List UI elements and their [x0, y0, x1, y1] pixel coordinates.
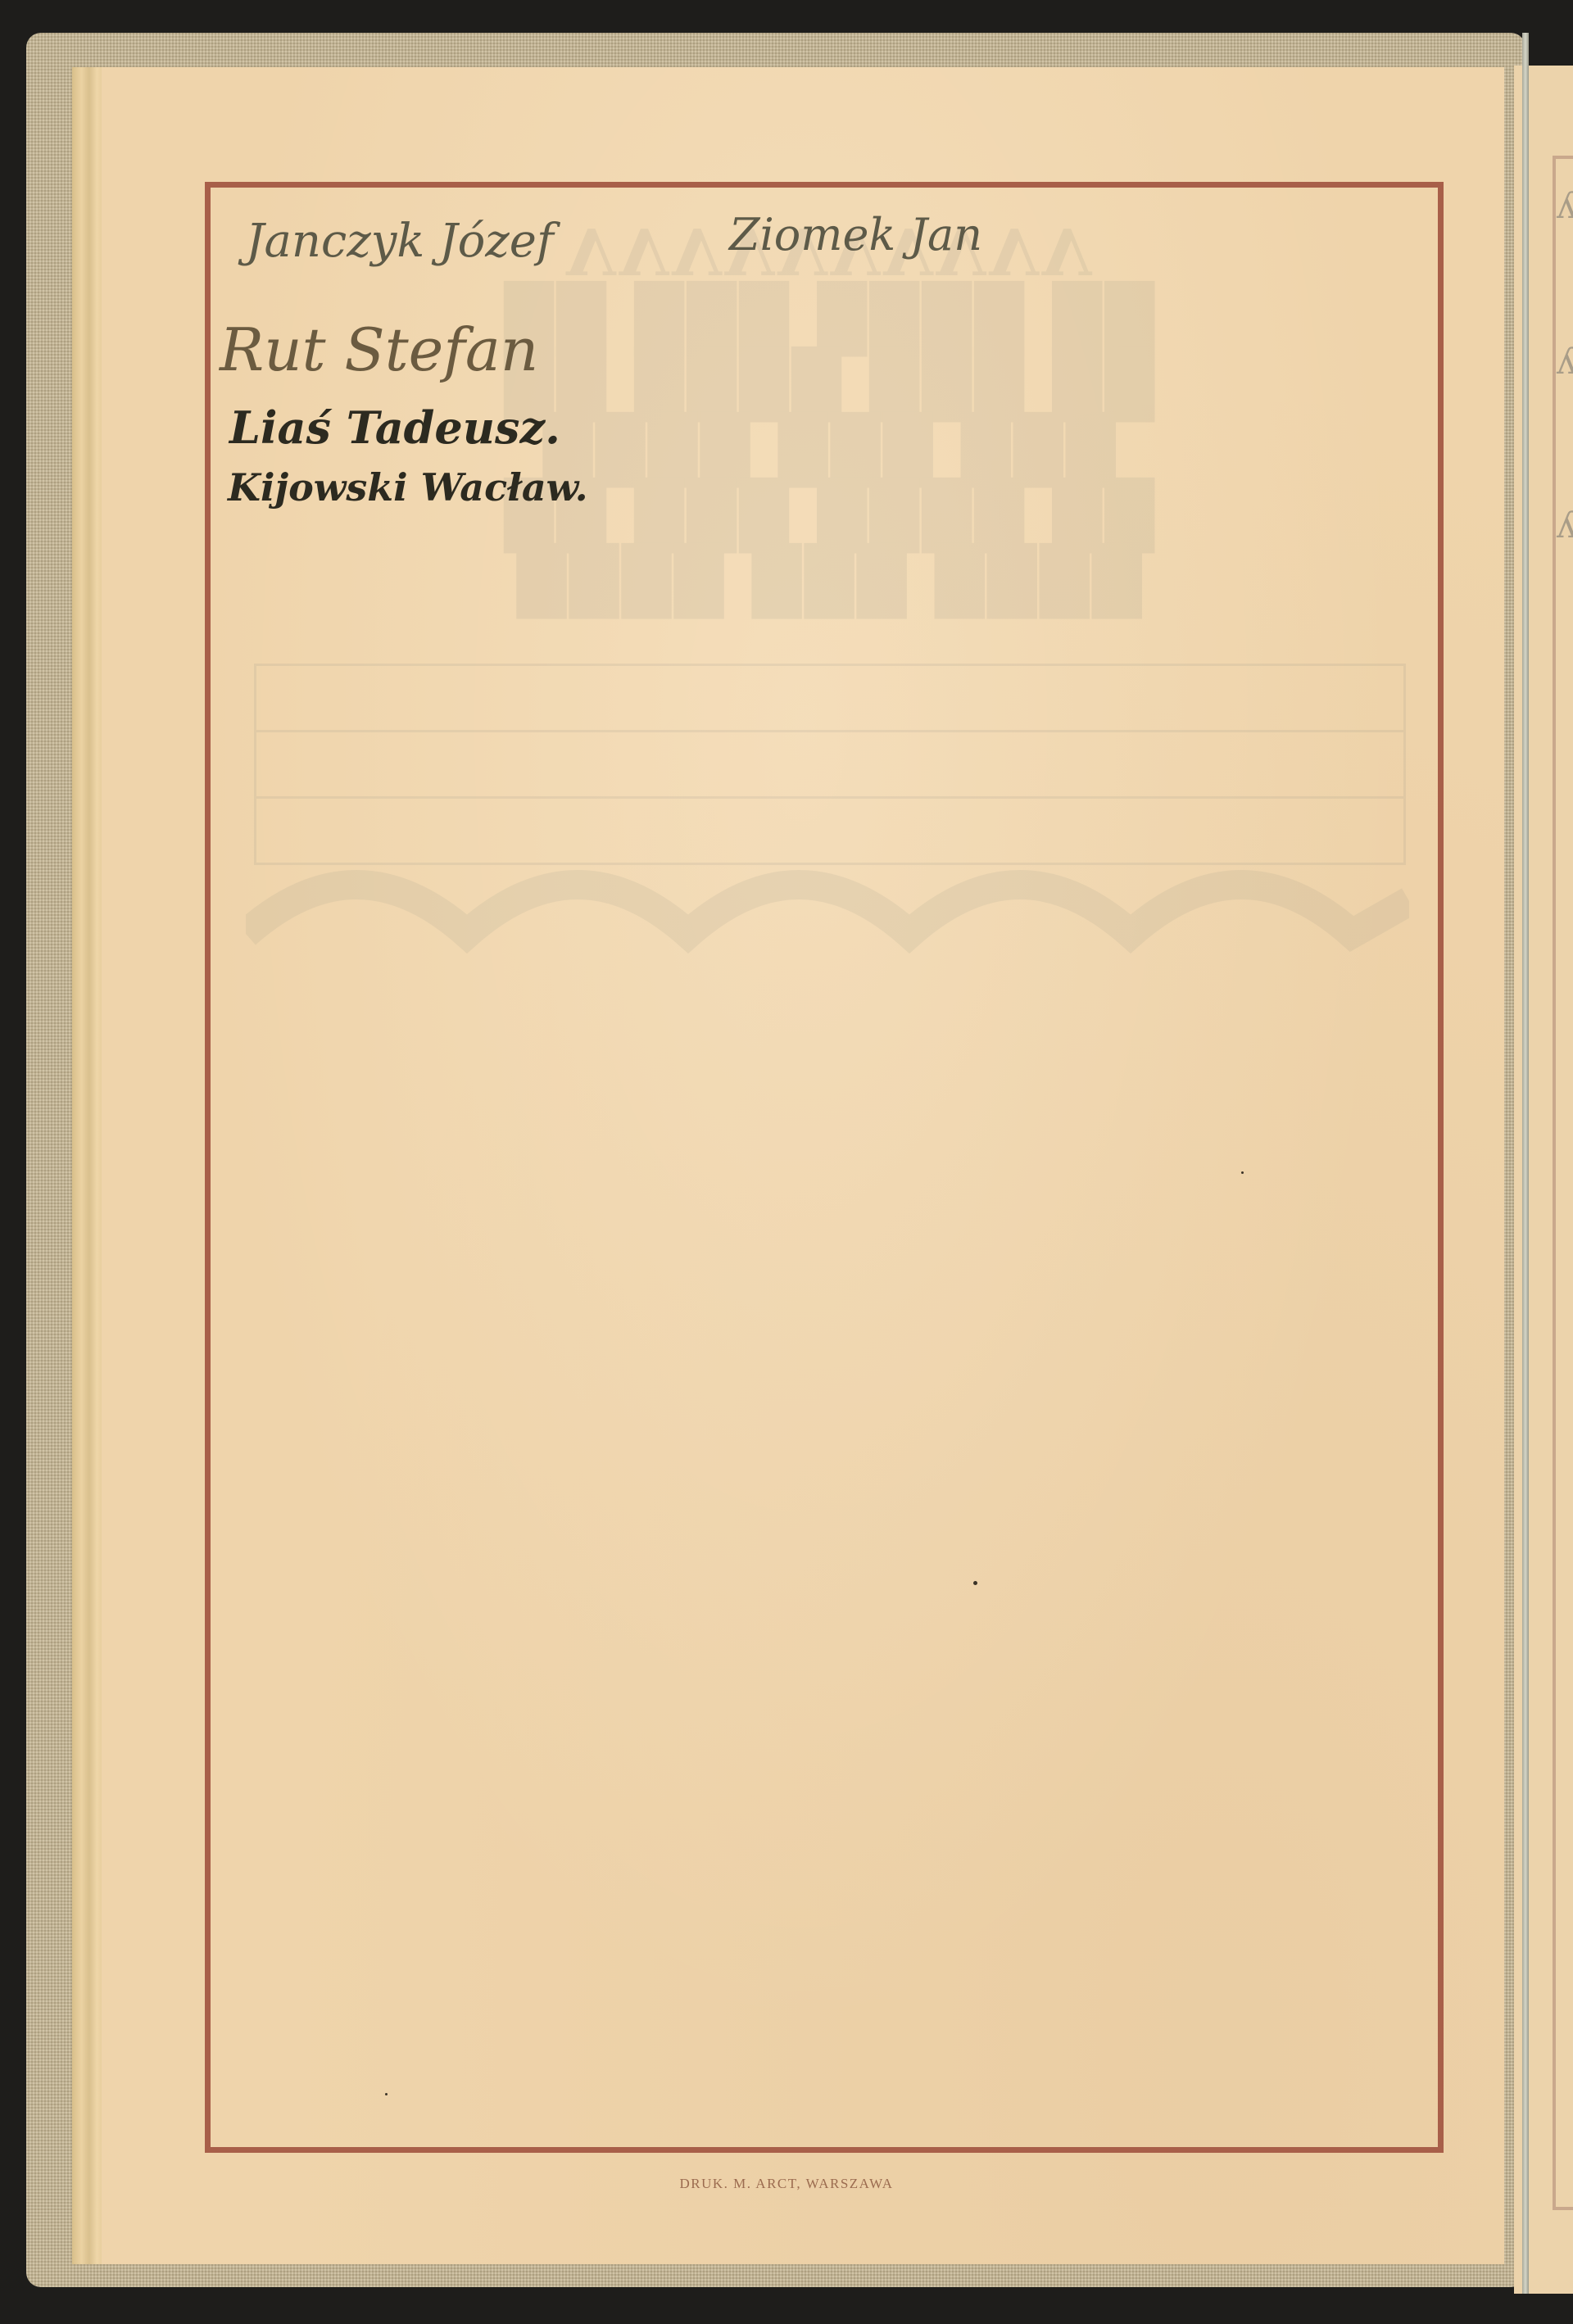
facing-ornament-icon: ʎ — [1557, 188, 1573, 224]
paper-speck — [973, 1581, 977, 1585]
signature-ziomek-jan: Ziomek Jan — [729, 209, 982, 260]
printer-mark: DRUK. M. ARCT, WARSZAWA — [0, 2176, 1573, 2192]
signature-lias-tadeusz: Liaś Tadeusz. — [229, 401, 560, 454]
book-fold — [1522, 33, 1529, 2294]
paper-speck — [1241, 1171, 1244, 1174]
page-edges-gutter — [72, 67, 103, 2264]
signature-rut-stefan: Rut Stefan — [220, 315, 538, 384]
signature-kijowski-waclaw: Kijowski Wacław. — [228, 465, 588, 510]
facing-ornament-icon: ʎ — [1557, 344, 1573, 380]
signature-janczyk-jozef: Janczyk Józef — [246, 215, 554, 268]
facing-page-frame — [1553, 156, 1573, 2210]
facing-ornament-icon: ʎ — [1557, 508, 1573, 544]
paper-speck — [385, 2093, 388, 2095]
